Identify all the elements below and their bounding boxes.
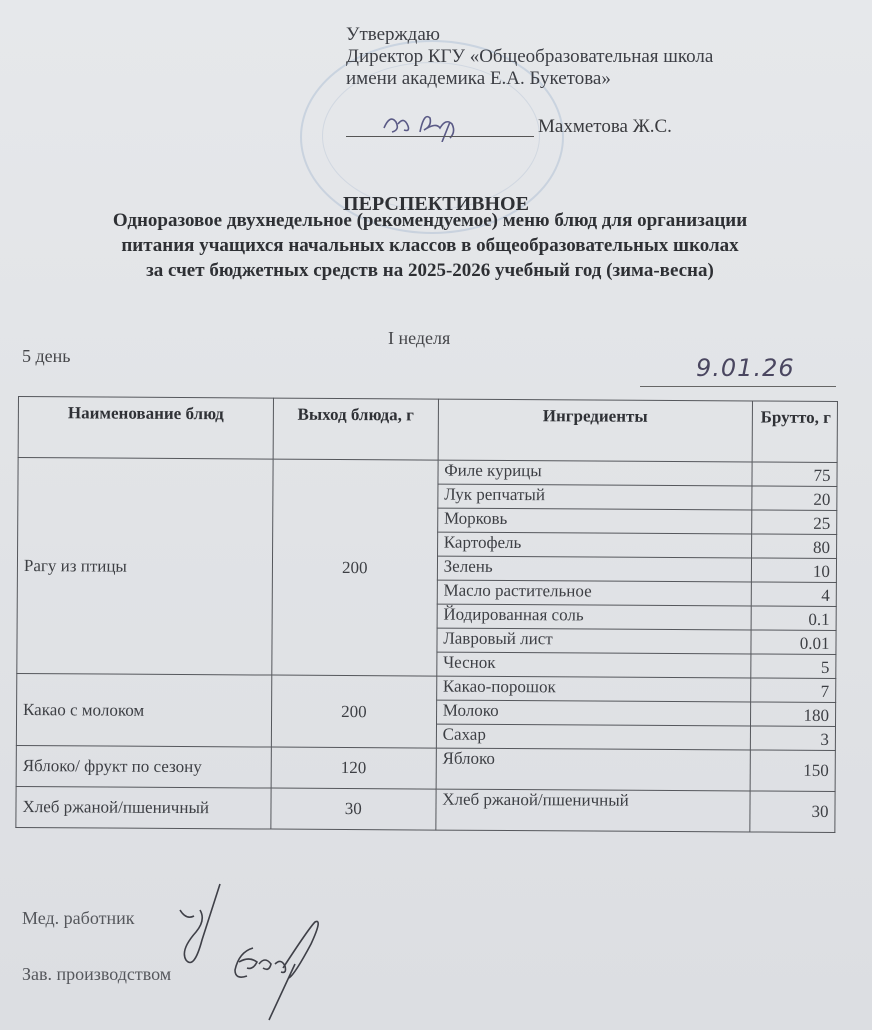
ingredient-name: Картофель	[437, 532, 751, 558]
menu-table-body: Рагу из птицы200Филе курицы75Лук репчаты…	[16, 458, 837, 833]
approval-block: Утверждаю Директор КГУ «Общеобразователь…	[346, 24, 713, 90]
week-label: I неделя	[388, 328, 450, 349]
ingredient-name: Масло растительное	[437, 580, 751, 606]
director-name: Махметова Ж.С.	[538, 116, 672, 138]
dish-name: Какао с молоком	[16, 673, 271, 747]
ingredient-name: Морковь	[437, 508, 751, 534]
ingredient-brutto: 0.1	[751, 606, 836, 631]
ingredient-brutto: 4	[751, 582, 836, 607]
ingredient-brutto: 5	[751, 654, 836, 679]
handwritten-date: 9.01.26	[696, 354, 795, 382]
ingredient-brutto: 3	[750, 726, 835, 751]
ingredient-brutto: 20	[752, 486, 837, 511]
table-row: Какао с молоком200Какао-порошок7	[17, 673, 836, 702]
table-header-row: Наименование блюд Выход блюда, г Ингреди…	[18, 397, 837, 463]
header-yield: Выход блюда, г	[273, 398, 438, 460]
dish-name: Яблоко/ фрукт по сезону	[16, 745, 271, 788]
document-subtitle-line: Одноразовое двухнедельное (рекомендуемое…	[20, 208, 840, 233]
director-signature-row: Махметова Ж.С.	[346, 114, 746, 140]
ingredient-name: Какао-порошок	[436, 676, 750, 702]
ingredient-name: Сахар	[436, 724, 750, 750]
ingredient-name: Молоко	[436, 700, 750, 726]
ingredient-brutto: 10	[751, 558, 836, 583]
document-subtitle-line: за счет бюджетных средств на 2025-2026 у…	[20, 258, 840, 283]
ingredient-name: Лавровый лист	[437, 628, 751, 654]
production-head-signature-icon	[225, 918, 335, 1028]
dish-yield: 200	[271, 675, 436, 748]
dish-yield: 30	[271, 788, 436, 830]
menu-document: Утверждаю Директор КГУ «Общеобразователь…	[0, 0, 872, 1030]
ingredient-name: Филе курицы	[438, 460, 752, 486]
ingredient-brutto: 0.01	[751, 630, 836, 655]
dish-name: Рагу из птицы	[17, 458, 273, 676]
ingredient-brutto: 25	[752, 510, 837, 535]
table-row: Рагу из птицы200Филе курицы75	[18, 458, 837, 487]
ingredient-name: Яблоко	[436, 748, 751, 791]
approval-line: Директор КГУ «Общеобразовательная школа	[346, 46, 713, 68]
signature-line	[346, 136, 534, 137]
header-ingredients: Ингредиенты	[438, 399, 753, 462]
day-label: 5 день	[22, 346, 71, 367]
dish-yield: 200	[272, 459, 438, 676]
medical-worker-signature-icon	[150, 880, 230, 980]
header-brutto: Брутто, г	[752, 401, 837, 463]
ingredient-brutto: 80	[752, 534, 837, 559]
ingredient-brutto: 150	[750, 750, 835, 792]
medical-worker-label: Мед. работник	[22, 908, 134, 929]
dish-name: Хлеб ржаной/пшеничный	[16, 786, 271, 829]
ingredient-brutto: 180	[750, 702, 835, 727]
approval-line: имени академика Е.А. Букетова»	[346, 68, 713, 90]
dish-yield: 120	[271, 747, 436, 789]
header-dish-name: Наименование блюд	[18, 397, 273, 460]
approval-heading: Утверждаю	[346, 24, 713, 46]
ingredient-name: Лук репчатый	[438, 484, 752, 510]
table-row: Хлеб ржаной/пшеничный30Хлеб ржаной/пшени…	[16, 786, 835, 832]
production-head-label: Зав. производством	[22, 964, 171, 985]
ingredient-brutto: 7	[751, 678, 836, 703]
ingredient-name: Йодированная соль	[437, 604, 751, 630]
ingredient-brutto: 75	[752, 462, 837, 487]
ingredient-name: Зелень	[437, 556, 751, 582]
ingredient-name: Чеснок	[437, 652, 751, 678]
date-field: 9.01.26	[640, 356, 836, 387]
ingredient-brutto: 30	[750, 791, 835, 833]
table-row: Яблоко/ фрукт по сезону120Яблоко150	[16, 745, 835, 791]
menu-table: Наименование блюд Выход блюда, г Ингреди…	[15, 396, 838, 833]
document-subtitle-line: питания учащихся начальных классов в общ…	[20, 233, 840, 258]
ingredient-name: Хлеб ржаной/пшеничный	[436, 789, 751, 832]
